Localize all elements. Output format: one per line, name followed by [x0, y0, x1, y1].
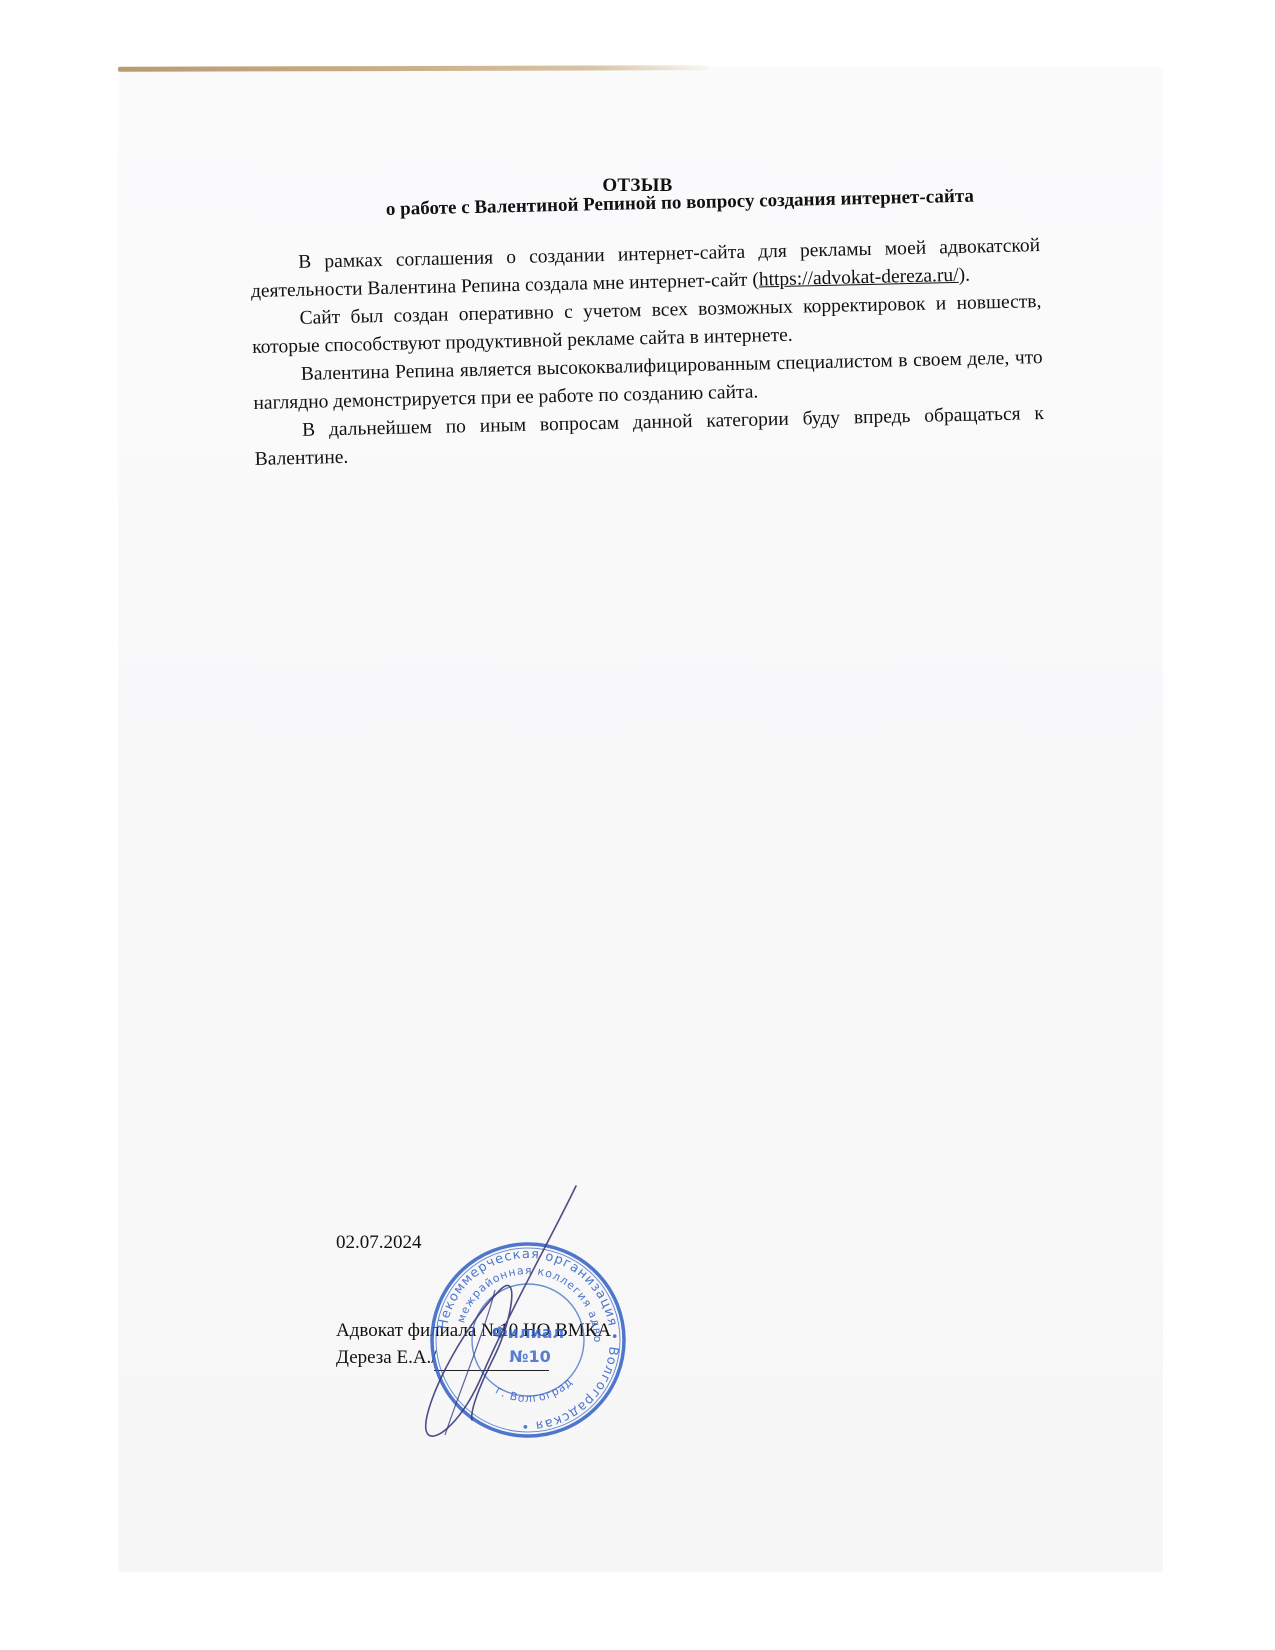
paragraph-1-tail: ).	[958, 265, 970, 286]
handwritten-signature-icon	[400, 1180, 600, 1450]
document-body: В рамках соглашения о создании интернет-…	[250, 232, 1045, 474]
document: ОТЗЫВ о работе с Валентиной Репиной по в…	[0, 0, 1275, 1650]
website-link[interactable]: https://advokat-dereza.ru/	[759, 265, 959, 291]
